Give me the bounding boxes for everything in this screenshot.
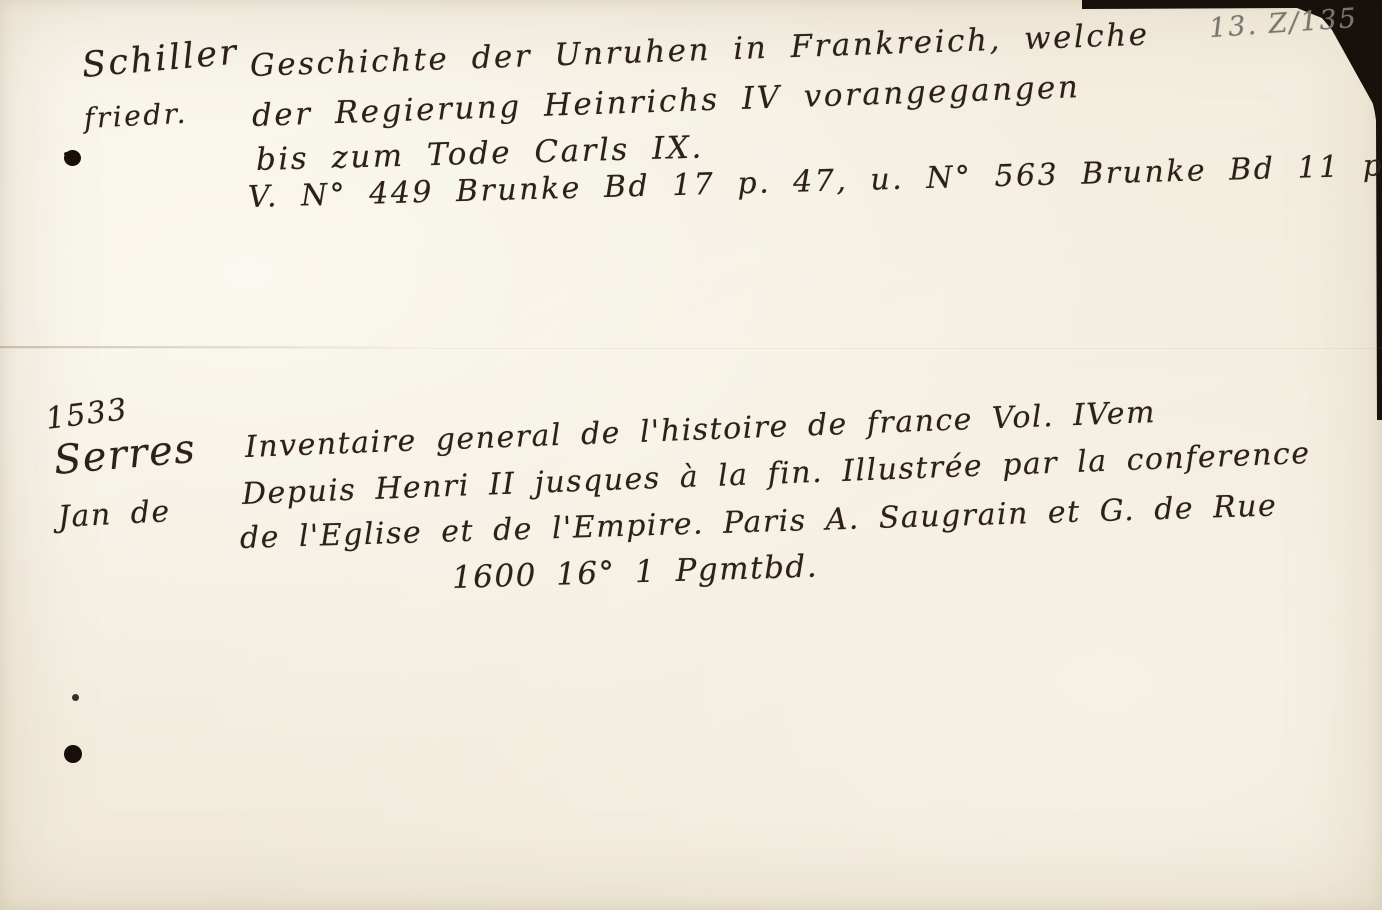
scanned-page: 13. Z/135 Schiller friedr. Geschichte de… — [0, 0, 1382, 910]
entry-author-forename: friedr. — [83, 97, 188, 135]
ink-dot — [64, 745, 82, 763]
paper-crease-faint — [0, 348, 1382, 349]
entry-author-forename: Jan de — [57, 494, 171, 535]
ink-speck — [72, 694, 79, 701]
catalog-card: 13. Z/135 Schiller friedr. Geschichte de… — [0, 0, 1382, 910]
torn-corner-shadow — [1082, 0, 1382, 420]
entry-collation-line: 1600 16° 1 Pgmtbd. — [451, 549, 818, 596]
entry-author-surname: Schiller — [80, 32, 240, 86]
entry-author-surname: Serres — [52, 426, 198, 484]
ink-dot — [64, 150, 81, 166]
archival-number: 13. Z/135 — [1208, 3, 1359, 44]
entry-year: 1533 — [44, 392, 130, 437]
